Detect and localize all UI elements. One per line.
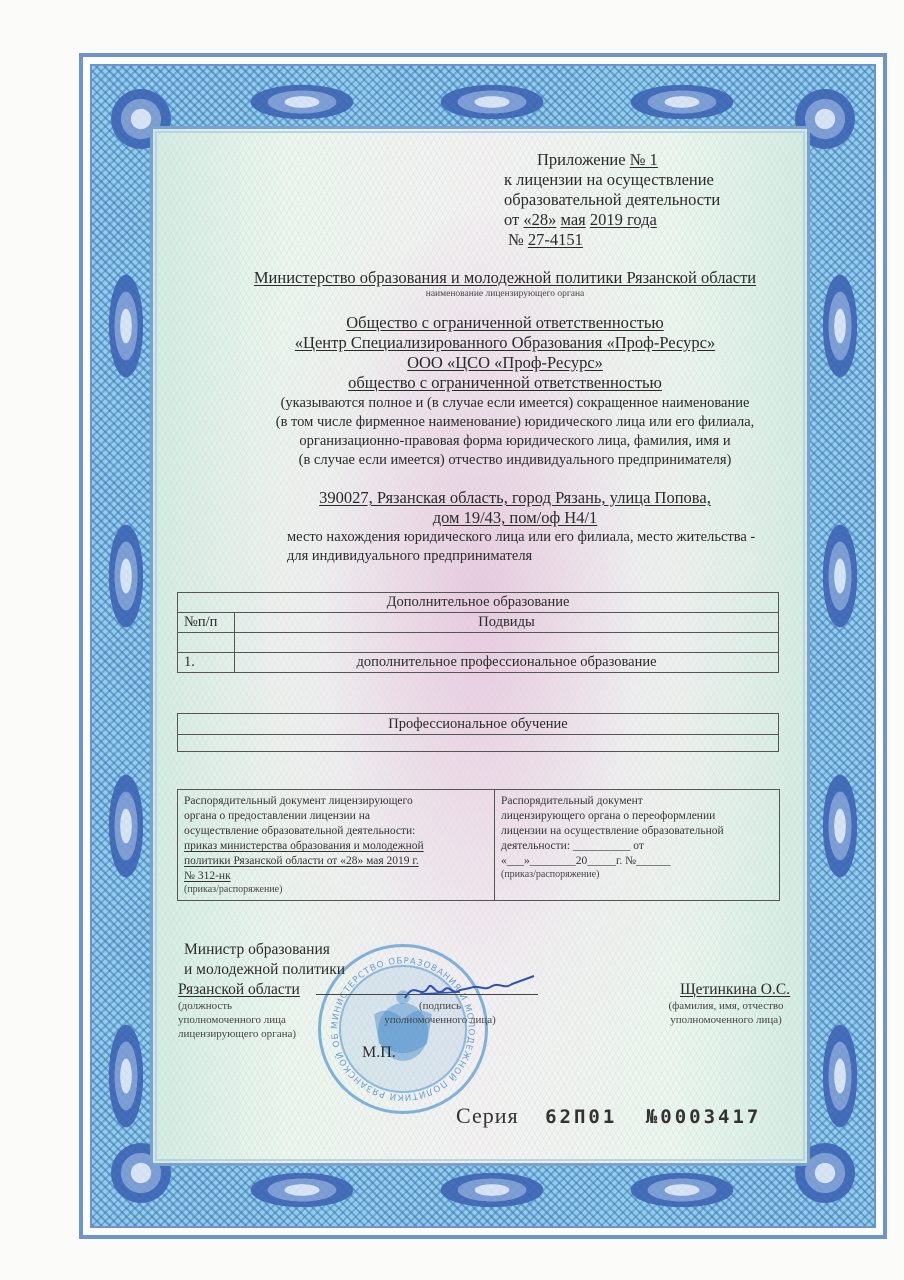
order-box-reissuance: Распорядительный документ лицензирующего… [494, 789, 780, 901]
band-ornament-top [622, 82, 742, 122]
reissue-date-blank: «___»________20_____г. №______ [501, 854, 773, 869]
band-ornament-bottom [242, 1170, 362, 1210]
license-date: от «28» мая 2019 года [504, 210, 720, 230]
band-ornament-right [820, 516, 860, 636]
license-number: 27-4151 [528, 230, 583, 249]
additional-education-table: Дополнительное образование №п/п Подвиды … [177, 592, 779, 673]
appendix-label: Приложение [537, 150, 626, 169]
address-caption: место нахождения юридического лица или е… [287, 528, 755, 566]
license-date-month: мая [561, 210, 586, 229]
table-title: Профессиональное обучение [178, 714, 779, 735]
band-ornament-left [106, 1016, 146, 1136]
table-row [178, 735, 779, 752]
appendix-line-2: к лицензии на осуществление [504, 170, 720, 190]
column-header-number: №п/п [178, 613, 235, 633]
organization-full-name-2: «Центр Специализированного Образования «… [170, 333, 840, 353]
column-header-subtypes: Подвиды [235, 613, 779, 633]
band-ornament-top [242, 82, 362, 122]
address-line-2: дом 19/43, пом/оф Н4/1 [200, 508, 830, 528]
signer-name: Щетинкина О.С. [680, 980, 790, 1000]
organization-caption: (указываются полное и (в случае если име… [200, 394, 830, 470]
seal-place-label: М.П. [362, 1043, 396, 1063]
license-date-day: «28» [523, 210, 556, 229]
organization-full-name-1: Общество с ограниченной ответственностью [170, 313, 840, 333]
licensing-authority: Министерство образования и молодежной по… [160, 268, 850, 288]
serial-series: 62П01 [545, 1106, 617, 1128]
organization-short-name: ООО «ЦСО «Проф-Ресурс» [170, 353, 840, 373]
order-reference-2: политики Рязанской области от «28» мая 2… [184, 854, 488, 869]
order-box-issuance: Распорядительный документ лицензирующего… [177, 789, 495, 901]
table-row [178, 633, 779, 653]
appendix-number: № 1 [630, 150, 658, 169]
license-date-year: 2019 года [590, 210, 657, 229]
band-ornament-bottom [432, 1170, 552, 1210]
signature-caption: (подпись уполномоченного лица) [375, 999, 505, 1027]
serial-label: Серия [456, 1103, 519, 1128]
authority-caption: наименование лицензирующего органа [160, 288, 850, 300]
band-ornament-top [432, 82, 552, 122]
order-number: № 312-нк [184, 869, 488, 884]
organization-legal-form: общество с ограниченной ответственностью [170, 373, 840, 393]
form-serial: Серия 62П01 №0003417 [456, 1103, 761, 1129]
address-block: 390027, Рязанская область, город Рязань,… [200, 488, 830, 528]
band-ornament-left [106, 516, 146, 636]
band-ornament-left [106, 266, 146, 386]
band-ornament-left [106, 766, 146, 886]
name-caption: (фамилия, имя, отчество уполномоченного … [656, 999, 796, 1027]
table-title: Дополнительное образование [178, 593, 779, 613]
serial-number: №0003417 [646, 1106, 762, 1128]
address-line-1: 390027, Рязанская область, город Рязань,… [200, 488, 830, 508]
signer-position: Министр образования и молодежной политик… [184, 940, 345, 1000]
band-ornament-right [820, 1016, 860, 1136]
professional-training-table: Профессиональное обучение [177, 713, 779, 752]
band-ornament-bottom [622, 1170, 742, 1210]
reissue-order-blank: деятельности: __________ от [501, 839, 773, 854]
order-reference-1: приказ министерства образования и молоде… [184, 839, 488, 854]
organization-block: Общество с ограниченной ответственностью… [170, 313, 840, 393]
position-caption: (должность уполномоченного лица лицензир… [178, 999, 296, 1041]
appendix-header: Приложение № 1 к лицензии на осуществлен… [504, 150, 720, 250]
band-ornament-right [820, 766, 860, 886]
appendix-line-3: образовательной деятельности [504, 190, 720, 210]
authority-name: Министерство образования и молодежной по… [160, 268, 850, 288]
table-row: 1. дополнительное профессиональное образ… [178, 653, 779, 673]
